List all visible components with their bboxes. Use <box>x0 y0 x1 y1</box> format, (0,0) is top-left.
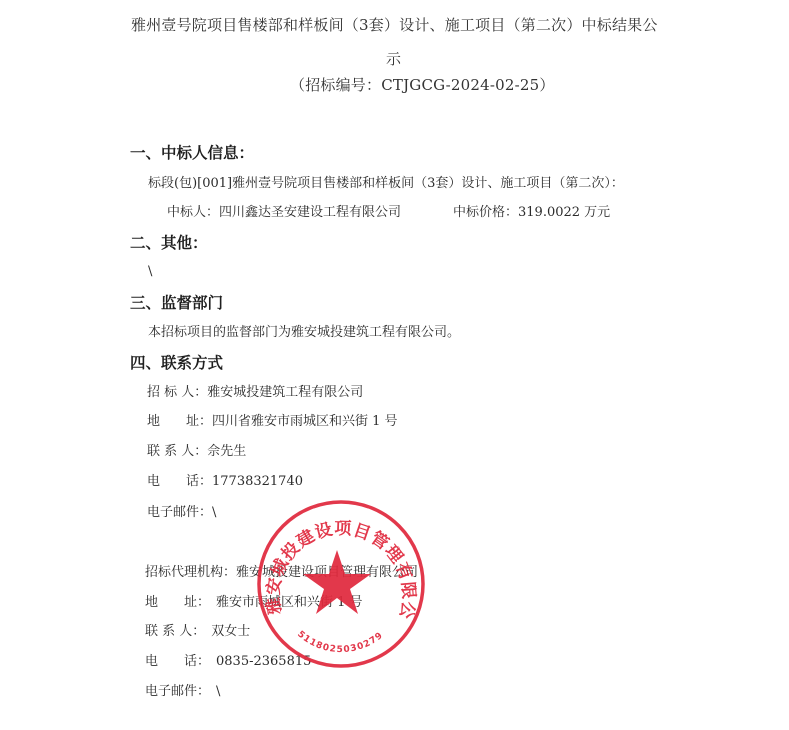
tenderer-name-value: 雅安城投建筑工程有限公司 <box>207 385 363 401</box>
tenderer-email-label: 电子邮件： <box>147 505 212 521</box>
agency-address-label: 地 址： <box>145 595 210 611</box>
document-title-line2: 示 <box>386 50 401 68</box>
winner-label: 中标人： <box>167 205 219 221</box>
agency-name-label: 招标代理机构： <box>145 565 236 581</box>
agency-phone-row: 电 话：0835-2365815 <box>145 654 311 670</box>
price-value: 319.0022 万元 <box>518 205 610 221</box>
tenderer-email-row: 电子邮件：\ <box>147 505 216 521</box>
tenderer-address-label: 地 址： <box>147 414 212 430</box>
agency-email-value: \ <box>216 684 220 700</box>
agency-contact-label: 联 系 人： <box>145 624 205 640</box>
agency-address-row: 地 址：雅安市雨城区和兴街 1 号 <box>145 595 363 611</box>
section-heading-other: 二、其他： <box>130 234 208 252</box>
agency-address-value: 雅安市雨城区和兴街 1 号 <box>216 595 363 611</box>
section-heading-contact: 四、联系方式 <box>130 354 223 372</box>
section-heading-winner: 一、中标人信息： <box>130 144 254 162</box>
tenderer-phone-row: 电 话：17738321740 <box>147 474 303 490</box>
tenderer-contact-value: 佘先生 <box>207 444 246 460</box>
agency-contact-row: 联 系 人：双女士 <box>145 624 250 640</box>
agency-phone-label: 电 话： <box>145 654 210 670</box>
tenderer-email-value: \ <box>212 505 216 521</box>
seal-code: 5118025030279 <box>295 629 385 655</box>
agency-name-row: 招标代理机构：雅安城投建设项目管理有限公司 <box>145 565 418 581</box>
price-label: 中标价格： <box>453 205 518 221</box>
bid-number: （招标编号：CTJGCG-2024-02-25） <box>290 76 555 94</box>
agency-name-value: 雅安城投建设项目管理有限公司 <box>236 565 418 581</box>
document-title-line1: 雅州壹号院项目售楼部和样板间（3套）设计、施工项目（第二次）中标结果公 <box>131 16 658 34</box>
tenderer-contact-row: 联 系 人：佘先生 <box>147 444 246 460</box>
agency-email-row: 电子邮件：\ <box>145 684 220 700</box>
agency-contact-value: 双女士 <box>211 624 250 640</box>
agency-email-label: 电子邮件： <box>145 684 210 700</box>
agency-phone-value: 0835-2365815 <box>216 654 311 670</box>
tenderer-name-label: 招 标 人： <box>147 385 207 401</box>
winner-row: 中标人：四川鑫达圣安建设工程有限公司 <box>167 205 401 221</box>
section-heading-supervision: 三、监督部门 <box>130 294 223 312</box>
tenderer-address-row: 地 址：四川省雅安市雨城区和兴街 1 号 <box>147 414 398 430</box>
supervision-content: 本招标项目的监督部门为雅安城投建筑工程有限公司。 <box>148 325 460 341</box>
tenderer-phone-value: 17738321740 <box>212 474 303 490</box>
svg-text:5118025030279: 5118025030279 <box>295 629 385 655</box>
tenderer-contact-label: 联 系 人： <box>147 444 207 460</box>
tenderer-phone-label: 电 话： <box>147 474 212 490</box>
other-content: \ <box>148 264 152 280</box>
price-row: 中标价格：319.0022 万元 <box>453 205 610 221</box>
winner-value: 四川鑫达圣安建设工程有限公司 <box>219 205 401 221</box>
tenderer-address-value: 四川省雅安市雨城区和兴街 1 号 <box>212 414 398 430</box>
official-seal-icon: 雅安城投建设项目管理有限公司 5118025030279 <box>253 498 429 670</box>
lot-description: 标段(包)[001]雅州壹号院项目售楼部和样板间（3套）设计、施工项目（第二次）… <box>148 176 624 192</box>
tenderer-name-row: 招 标 人：雅安城投建筑工程有限公司 <box>147 385 363 401</box>
